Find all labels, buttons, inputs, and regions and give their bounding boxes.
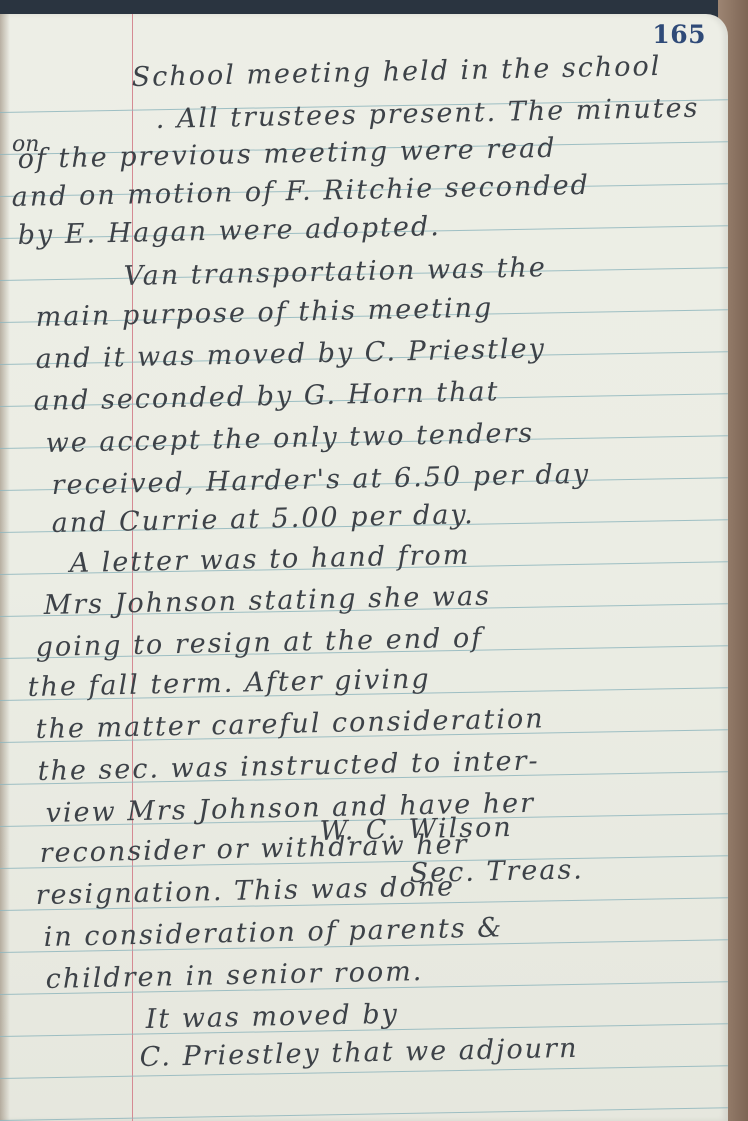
handwritten-line: the fall term. After giving: [27, 664, 431, 703]
handwritten-line: in consideration of parents &: [43, 912, 503, 953]
signature-title: Sec. Treas.: [409, 854, 584, 889]
handwritten-line: School meeting held in the school: [131, 51, 661, 93]
handwritten-line: Van transportation was the: [123, 252, 547, 292]
ruled-line: [0, 1107, 728, 1121]
handwritten-line: and it was moved by C. Priestley: [35, 333, 546, 375]
handwritten-line: It was moved by: [145, 999, 399, 1035]
handwritten-line: children in senior room.: [45, 956, 423, 995]
handwritten-line: A letter was to hand from: [69, 540, 470, 579]
handwritten-line: and seconded by G. Horn that: [33, 376, 499, 417]
handwritten-line: Mrs Johnson stating she was: [43, 581, 491, 621]
handwritten-line: by E. Hagan were adopted.: [17, 211, 441, 251]
handwritten-line: the matter careful consideration: [35, 703, 545, 745]
handwritten-line: we accept the only two tenders: [45, 418, 534, 459]
handwritten-line: and on motion of F. Ritchie seconded: [11, 170, 590, 213]
ledger-page: 165 on School meeting held in the school…: [0, 14, 728, 1121]
handwritten-line: . All trustees present. The minutes: [155, 93, 699, 135]
handwritten-line: main purpose of this meeting: [35, 292, 493, 333]
signature-name: W. C. Wilson: [319, 812, 513, 847]
handwritten-line: of the previous meeting were read: [17, 133, 556, 175]
handwritten-line: C. Priestley that we adjourn: [139, 1033, 578, 1073]
handwritten-line: and Currie at 5.00 per day.: [51, 499, 475, 539]
page-number: 165: [652, 20, 706, 49]
handwritten-line: going to resign at the end of: [35, 623, 483, 663]
handwritten-line: resignation. This was done: [35, 871, 455, 911]
handwritten-line: the sec. was instructed to inter-: [37, 745, 540, 787]
